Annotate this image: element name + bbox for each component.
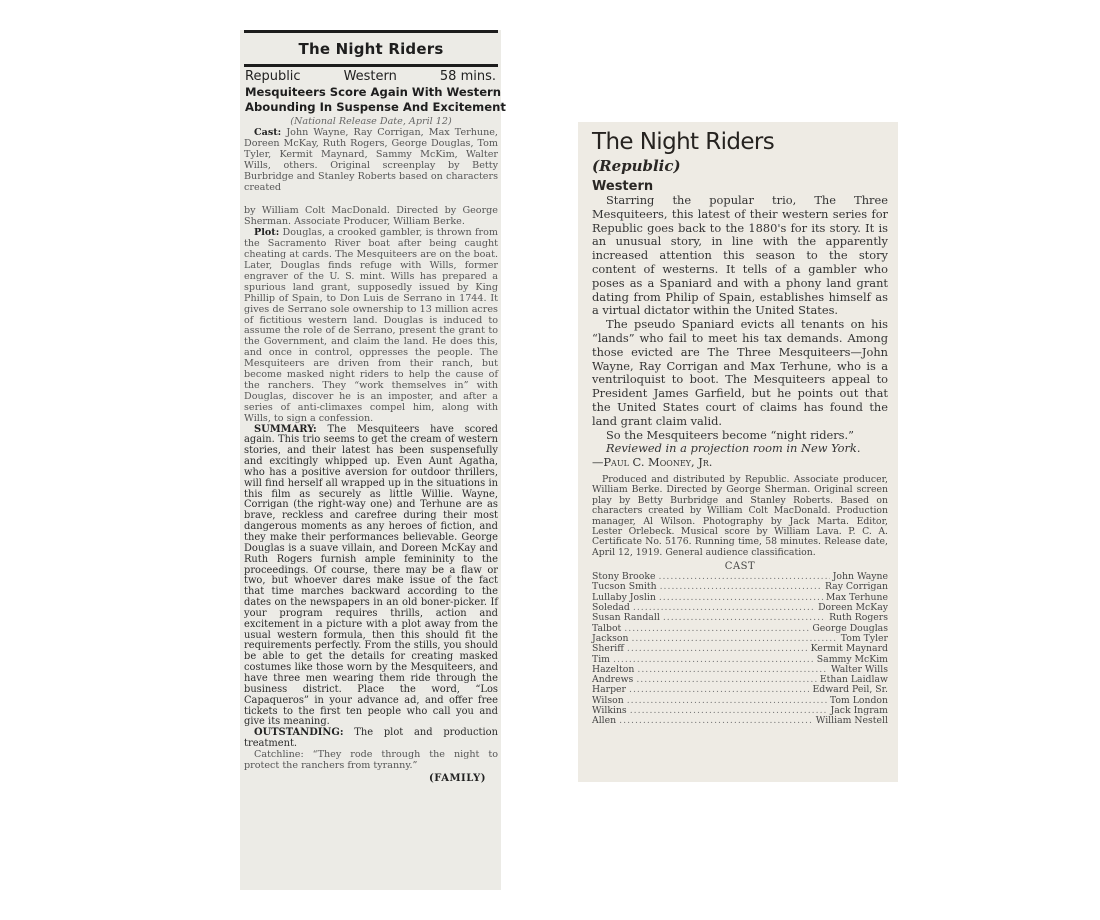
genre: Western [344, 69, 397, 84]
cast-role: Allen [592, 716, 616, 726]
left-review-meta: Republic Western 58 mins. [244, 67, 498, 84]
summary-text: The Mesquiteers have scored again. This … [244, 424, 498, 728]
summary-paragraph: SUMMARY: The Mesquiteers have scored aga… [244, 425, 498, 729]
right-review-genre: Western [592, 179, 888, 194]
right-review-title: The Night Riders [592, 128, 888, 156]
left-review-clipping: The Night Riders Republic Western 58 min… [240, 30, 501, 890]
leader-dots [627, 644, 808, 654]
release-date: (National Release Date, April 12) [244, 116, 498, 127]
plot-label: Plot: [254, 227, 279, 238]
leader-dots [663, 613, 826, 623]
audience-rating: (FAMILY) [244, 773, 498, 784]
cast-row: AllenWilliam Nestell [592, 716, 888, 726]
leader-dots [624, 624, 809, 634]
cast-text: John Wayne, Ray Corrigan, Max Terhune, D… [244, 127, 498, 193]
reviewer-byline: —Paul C. Mooney, Jr. [592, 456, 888, 470]
left-review-title: The Night Riders [244, 33, 498, 64]
distributor: Republic [245, 69, 301, 84]
leader-dots [627, 696, 827, 706]
cast-label: Cast: [254, 127, 281, 138]
plot-paragraph: Plot: Douglas, a crooked gambler, is thr… [244, 228, 498, 424]
right-review-clipping: The Night Riders (Republic) Western Star… [578, 122, 898, 782]
runtime: 58 mins. [440, 69, 496, 84]
leader-dots [619, 716, 813, 726]
outstanding-paragraph: OUTSTANDING: The plot and production tre… [244, 728, 498, 750]
plot-text: Douglas, a crooked gambler, is thrown fr… [244, 227, 498, 423]
outstanding-label: OUTSTANDING: [254, 727, 343, 738]
leader-dots [629, 685, 809, 695]
headline-line-1: Mesquiteers Score Again With Western [244, 84, 498, 99]
headline-line-2: Abounding In Suspense And Excitement [244, 99, 498, 114]
review-paragraph-2: The pseudo Spaniard evicts all tenants o… [592, 318, 888, 428]
summary-label: SUMMARY: [254, 424, 317, 435]
review-paragraph-1: Starring the popular trio, The Three Mes… [592, 194, 888, 318]
catchline: Catchline: “They rode through the night … [244, 750, 498, 772]
cast-paragraph-continued: by William Colt MacDonald. Directed by G… [244, 206, 498, 228]
leader-dots [630, 706, 828, 716]
leader-dots [659, 593, 823, 603]
cast-list: Stony BrookeJohn WayneTucson SmithRay Co… [592, 572, 888, 726]
leader-dots [637, 665, 828, 675]
leader-dots [659, 572, 830, 582]
leader-dots [631, 634, 837, 644]
leader-dots [613, 655, 814, 665]
review-note: Reviewed in a projection room in New Yor… [592, 442, 888, 456]
leader-dots [660, 582, 822, 592]
cast-actor: William Nestell [816, 716, 888, 726]
leader-dots [633, 603, 815, 613]
right-review-distributor: (Republic) [592, 157, 888, 175]
production-credits: Produced and distributed by Republic. As… [592, 475, 888, 558]
leader-dots [636, 675, 817, 685]
cast-paragraph: Cast: John Wayne, Ray Corrigan, Max Terh… [244, 128, 498, 193]
review-paragraph-3: So the Mesquiteers become “night riders.… [592, 429, 888, 443]
